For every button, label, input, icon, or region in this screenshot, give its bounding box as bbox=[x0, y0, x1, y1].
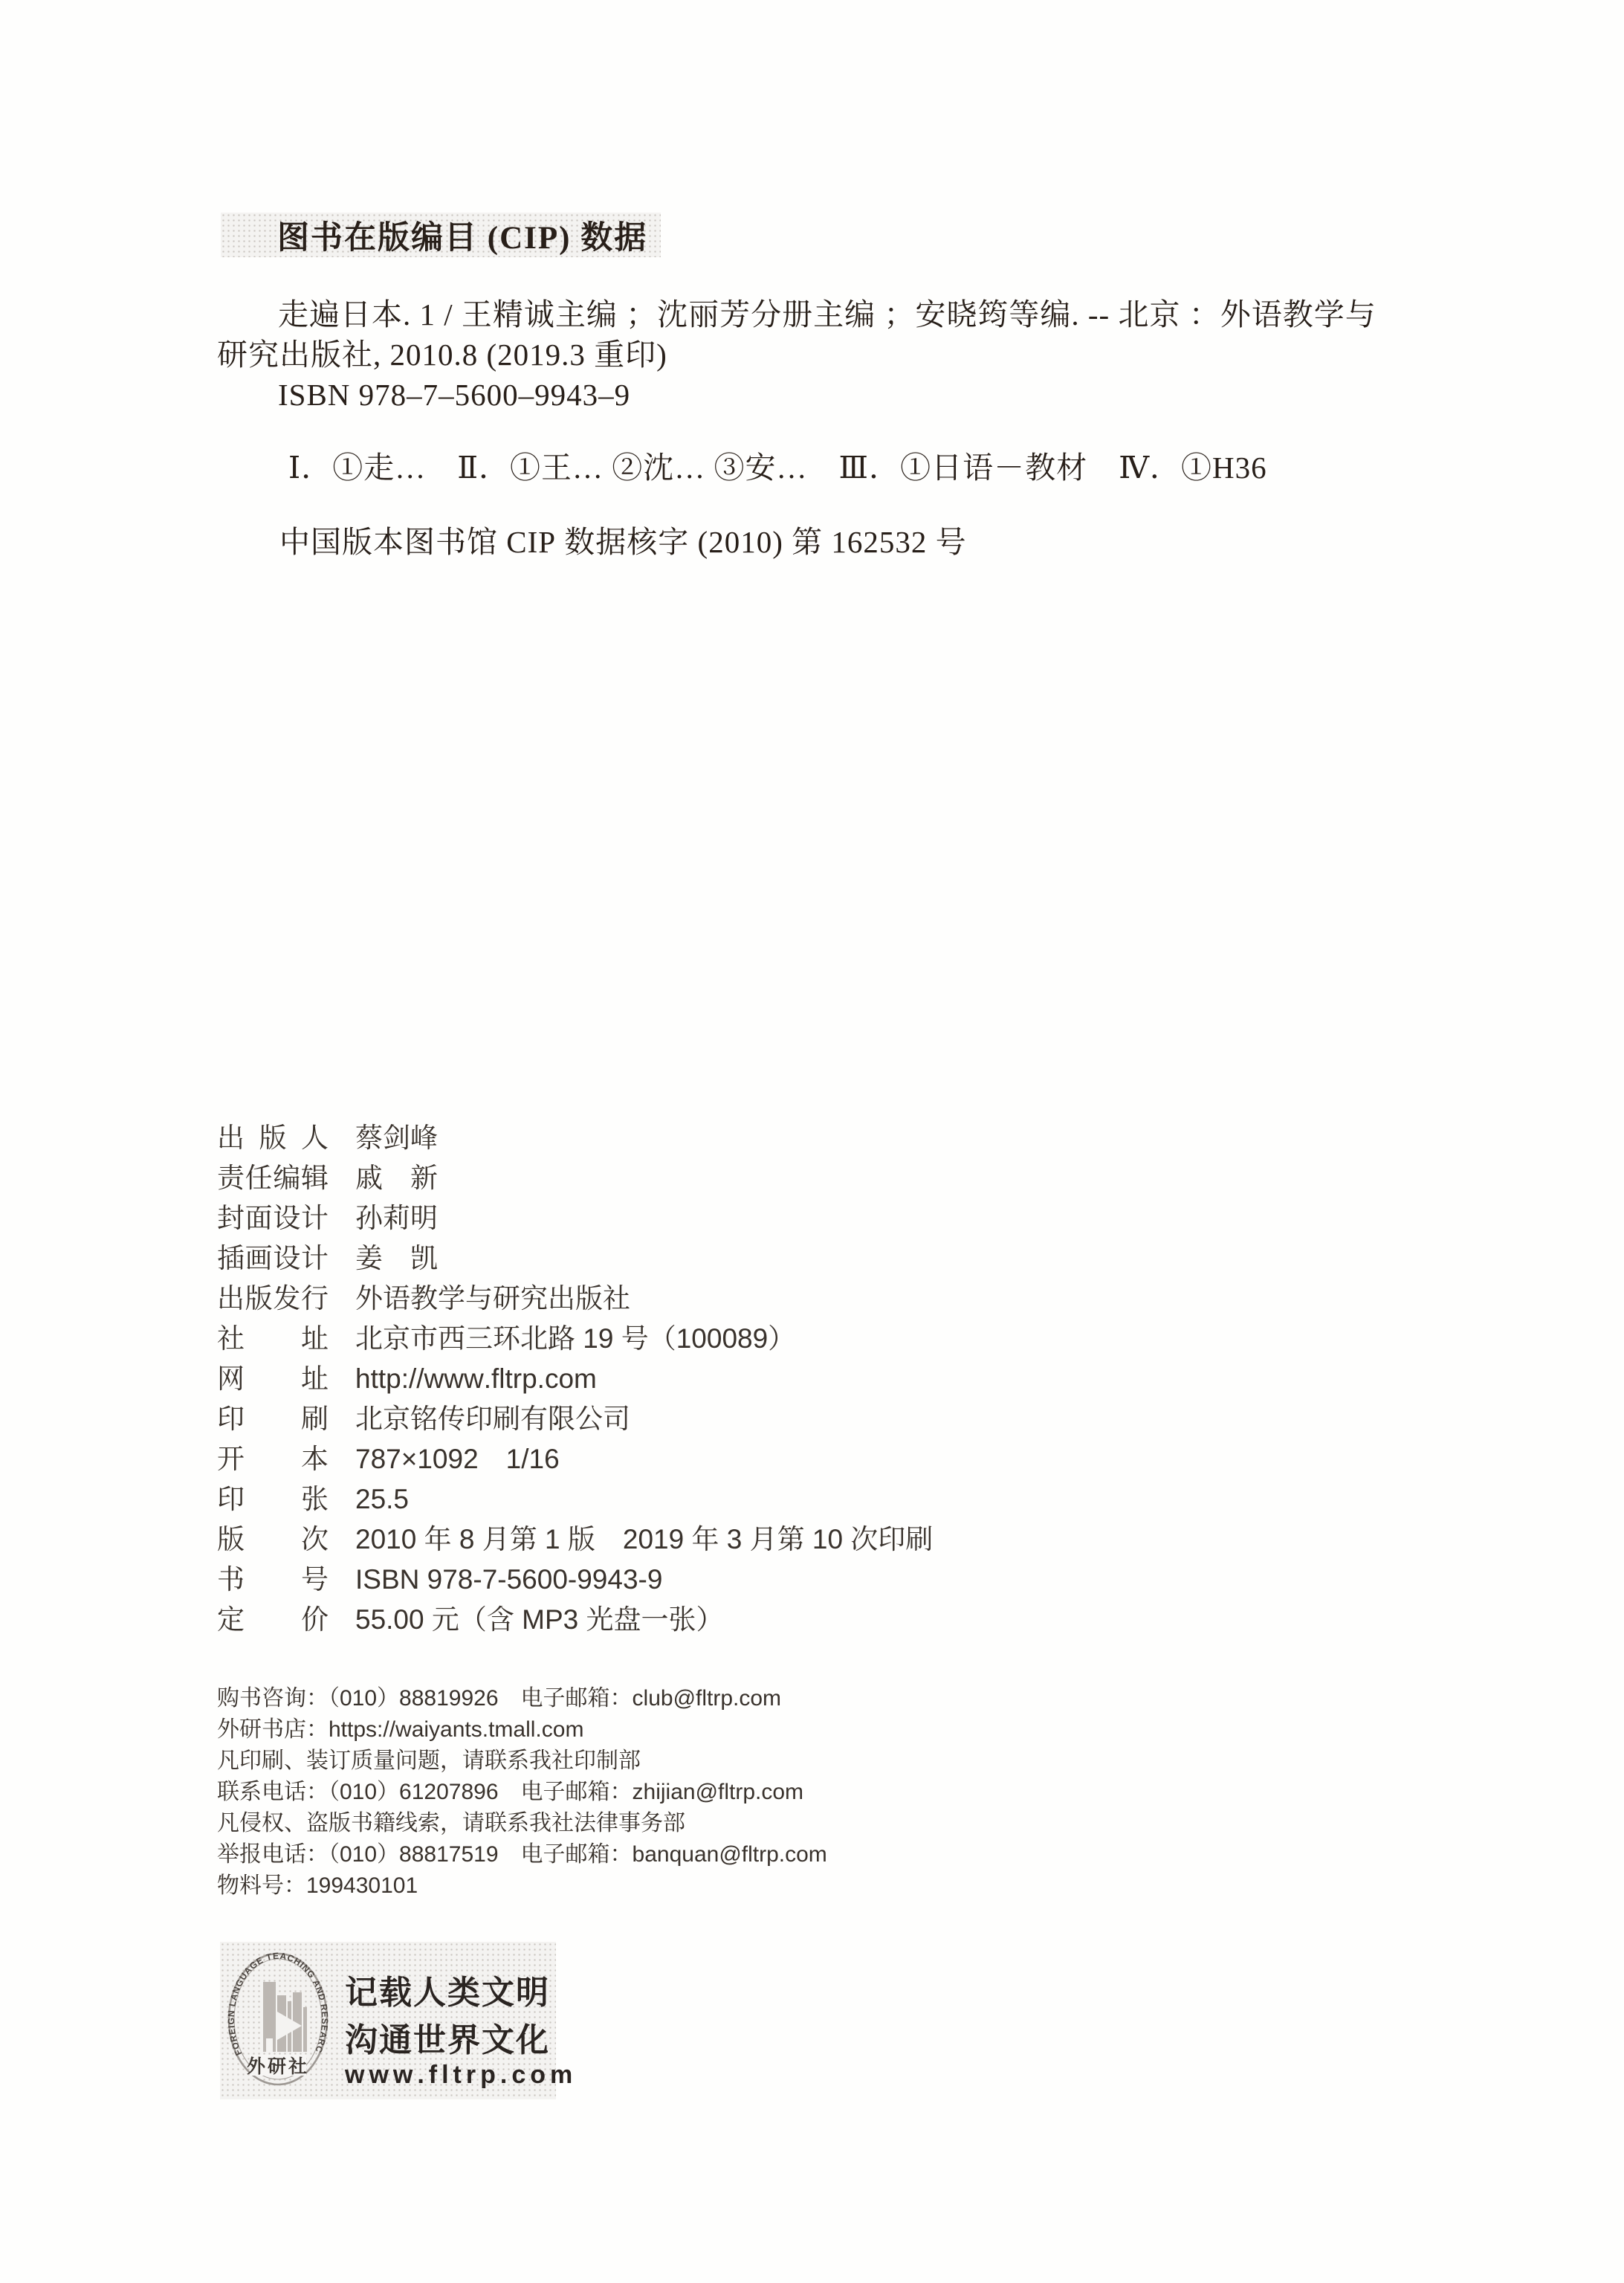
colophon-label: 印刷 bbox=[217, 1402, 329, 1436]
colophon-row-isbn: 书号 ISBN 978-7-5600-9943-9 bbox=[217, 1563, 662, 1597]
press-slogan-line-2: 沟通世界文化 bbox=[345, 2013, 550, 2061]
colophon-row-printer: 印刷 北京铭传印刷有限公司 bbox=[217, 1402, 630, 1436]
colophon-row-price: 定价 55.00 元（含 MP3 光盘一张） bbox=[217, 1603, 724, 1637]
colophon-label: 版次 bbox=[217, 1522, 329, 1557]
cip-header-band: 图书在版编目 (CIP) 数据 bbox=[221, 213, 661, 257]
colophon-value: 蔡剑峰 bbox=[355, 1121, 438, 1155]
colophon-label: 责任编辑 bbox=[217, 1161, 329, 1195]
contact-line-bookstore: 外研书店：https://waiyants.tmall.com bbox=[217, 1716, 583, 1744]
colophon-value: 2010 年 8 月第 1 版 2019 年 3 月第 10 次印刷 bbox=[355, 1522, 933, 1557]
colophon-label: 出版发行 bbox=[217, 1282, 329, 1316]
colophon-row-address: 社址 北京市西三环北路 19 号（100089） bbox=[217, 1322, 795, 1356]
contact-line-material-number: 物料号：199430101 bbox=[217, 1872, 418, 1900]
cip-header-title: 图书在版编目 (CIP) 数据 bbox=[277, 213, 647, 258]
contact-line-print-phone: 联系电话：（010）61207896 电子邮箱：zhijian@fltrp.co… bbox=[217, 1778, 803, 1806]
colophon-value: 55.00 元（含 MP3 光盘一张） bbox=[355, 1603, 724, 1637]
colophon-label: 社址 bbox=[217, 1322, 329, 1356]
fltrp-press-seal-logo: FOREIGN LANGUAGE TEACHING AND RESEARCH P… bbox=[226, 1949, 330, 2089]
cip-classification: Ⅰ．①走… Ⅱ．①王… ②沈… ③安… Ⅲ．①日语－教材 Ⅳ．①H36 bbox=[288, 449, 1267, 486]
colophon-value: http://www.fltrp.com bbox=[355, 1362, 597, 1396]
cip-record-number: 中国版本图书馆 CIP 数据核字 (2010) 第 162532 号 bbox=[279, 523, 967, 561]
colophon-row-publishing-house: 出版发行 外语教学与研究出版社 bbox=[217, 1282, 630, 1316]
contact-line-piracy: 凡侵权、盗版书籍线索，请联系我社法律事务部 bbox=[217, 1809, 685, 1838]
colophon-label: 出版人 bbox=[217, 1121, 329, 1155]
cip-catalog-line-2: 研究出版社, 2010.8 (2019.3 重印) bbox=[217, 336, 667, 373]
cip-catalog-line-1: 走遍日本. 1 / 王精诚主编 ；沈丽芳分册主编 ；安晓筠等编. -- 北京 ：… bbox=[278, 296, 1376, 333]
press-slogan-line-1: 记载人类文明 bbox=[345, 1966, 550, 2013]
colophon-row-cover-design: 封面设计 孙莉明 bbox=[217, 1201, 438, 1236]
colophon-value: 外语教学与研究出版社 bbox=[355, 1282, 630, 1316]
colophon-value: 戚 新 bbox=[355, 1161, 438, 1195]
colophon-row-publisher: 出版人 蔡剑峰 bbox=[217, 1121, 438, 1155]
colophon-value: 姜 凯 bbox=[355, 1241, 438, 1276]
contact-line-report-phone: 举报电话：（010）88817519 电子邮箱：banquan@fltrp.co… bbox=[217, 1841, 827, 1869]
colophon-value: ISBN 978-7-5600-9943-9 bbox=[355, 1563, 662, 1597]
colophon-label: 书号 bbox=[217, 1563, 329, 1597]
colophon-value: 北京铭传印刷有限公司 bbox=[355, 1402, 630, 1436]
colophon-row-format: 开本 787×1092 1/16 bbox=[217, 1442, 560, 1476]
colophon-value: 孙莉明 bbox=[355, 1201, 438, 1236]
seal-name-text: 外研社 bbox=[247, 2056, 309, 2077]
colophon-page: 图书在版编目 (CIP) 数据 走遍日本. 1 / 王精诚主编 ；沈丽芳分册主编… bbox=[0, 0, 1624, 2283]
colophon-label: 封面设计 bbox=[217, 1201, 329, 1236]
colophon-value: 25.5 bbox=[355, 1482, 409, 1517]
colophon-label: 定价 bbox=[217, 1603, 329, 1637]
colophon-label: 开本 bbox=[217, 1442, 329, 1476]
colophon-row-sheets: 印张 25.5 bbox=[217, 1482, 409, 1517]
colophon-value: 787×1092 1/16 bbox=[355, 1442, 560, 1476]
cip-isbn: ISBN 978–7–5600–9943–9 bbox=[278, 376, 630, 413]
colophon-row-edition: 版次 2010 年 8 月第 1 版 2019 年 3 月第 10 次印刷 bbox=[217, 1522, 933, 1557]
colophon-value: 北京市西三环北路 19 号（100089） bbox=[355, 1322, 795, 1356]
contact-line-print-quality: 凡印刷、装订质量问题，请联系我社印制部 bbox=[217, 1747, 641, 1775]
contact-line-purchase: 购书咨询：（010）88819926 电子邮箱：club@fltrp.com bbox=[217, 1685, 781, 1713]
colophon-label: 印张 bbox=[217, 1482, 329, 1517]
colophon-row-illustration-design: 插画设计 姜 凯 bbox=[217, 1241, 438, 1276]
building-icon bbox=[263, 1982, 307, 2052]
colophon-label: 网址 bbox=[217, 1362, 329, 1396]
colophon-label: 插画设计 bbox=[217, 1241, 329, 1276]
colophon-row-website: 网址 http://www.fltrp.com bbox=[217, 1362, 597, 1396]
colophon-row-editor: 责任编辑 戚 新 bbox=[217, 1161, 438, 1195]
press-website: www.fltrp.com bbox=[345, 2061, 577, 2090]
